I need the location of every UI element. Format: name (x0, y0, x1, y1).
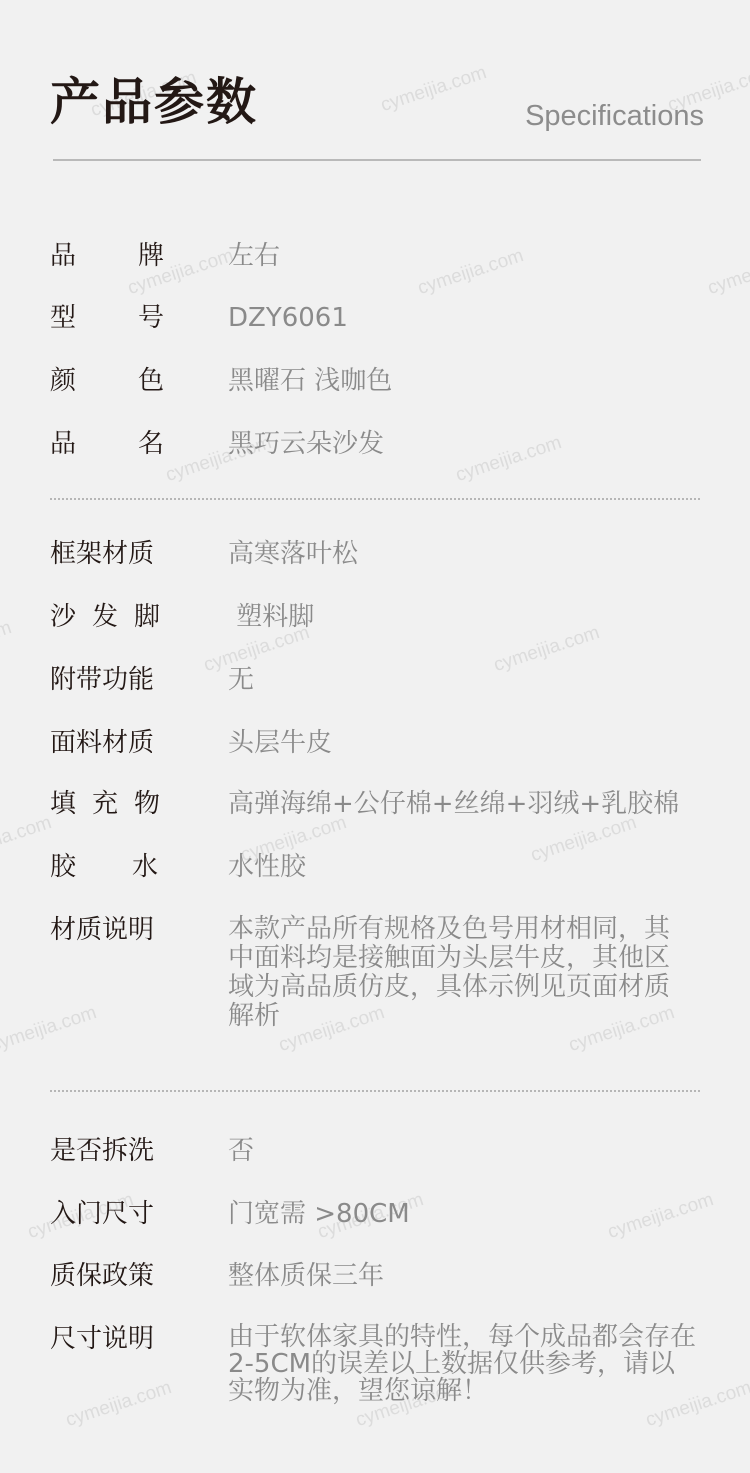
spec-value: 高弹海绵+公仔棉+丝绵+羽绒+乳胶棉 (228, 789, 708, 819)
section-divider (50, 498, 700, 500)
spec-value: 由于软体家具的特性，每个成品都会存在2-5CM的误差以上数据仅供参考，请以实物为… (228, 1324, 698, 1405)
spec-row-model: 型 号 DZY6061 (50, 303, 710, 333)
header-divider (53, 159, 701, 161)
spec-label: 胶 水 (50, 852, 158, 882)
spec-label: 尺寸说明 (50, 1324, 164, 1405)
spec-label: 面料材质 (50, 728, 164, 758)
spec-label: 沙 发 脚 (50, 602, 160, 632)
spec-label: 品 牌 (50, 241, 164, 271)
spec-value: 头层牛皮 (228, 728, 698, 758)
spec-value: 本款产品所有规格及色号用材相同，其中面料均是接触面为头层牛皮，其他区域为高品质仿… (228, 915, 688, 1031)
watermark: cymeijia.com (0, 812, 54, 867)
spec-value: 塑料脚 (228, 602, 698, 632)
spec-row-brand: 品 牌 左右 (50, 241, 710, 271)
spec-row-washable: 是否拆洗 否 (50, 1136, 710, 1166)
page-title: 产品参数 (50, 72, 258, 132)
watermark: cymeijia.com (378, 62, 489, 117)
spec-value: 高寒落叶松 (228, 539, 698, 569)
page-subtitle: Specifications (525, 98, 704, 134)
spec-row-warranty: 质保政策 整体质保三年 (50, 1261, 710, 1291)
spec-value: 整体质保三年 (228, 1261, 698, 1291)
spec-row-size-note: 尺寸说明 由于软体家具的特性，每个成品都会存在2-5CM的误差以上数据仅供参考，… (50, 1324, 710, 1405)
spec-label: 质保政策 (50, 1261, 164, 1291)
watermark: cymeijia.com (705, 245, 750, 300)
spec-value: 左右 (228, 241, 698, 271)
spec-label: 型 号 (50, 303, 164, 333)
spec-value: 黑曜石 浅咖色 (228, 366, 698, 396)
spec-value: 黑巧云朵沙发 (228, 429, 698, 459)
spec-label: 填 充 物 (50, 789, 160, 819)
spec-value: 水性胶 (228, 852, 698, 882)
watermark: cymeijia.com (0, 617, 14, 672)
spec-label: 材质说明 (50, 915, 164, 1031)
spec-row-extra-function: 附带功能 无 (50, 665, 710, 695)
spec-row-color: 颜 色 黑曜石 浅咖色 (50, 366, 710, 396)
spec-label: 颜 色 (50, 366, 164, 396)
spec-row-glue: 胶 水 水性胶 (50, 852, 710, 882)
spec-row-product-name: 品 名 黑巧云朵沙发 (50, 429, 710, 459)
spec-value: 门宽需 >80CM (228, 1199, 698, 1229)
spec-value: 否 (228, 1136, 698, 1166)
spec-row-material-note: 材质说明 本款产品所有规格及色号用材相同，其中面料均是接触面为头层牛皮，其他区域… (50, 915, 710, 1031)
spec-row-frame-material: 框架材质 高寒落叶松 (50, 539, 710, 569)
spec-value: 无 (228, 665, 698, 695)
spec-row-fabric: 面料材质 头层牛皮 (50, 728, 710, 758)
spec-row-filling: 填 充 物 高弹海绵+公仔棉+丝绵+羽绒+乳胶棉 (50, 789, 710, 819)
section-divider (50, 1090, 700, 1092)
spec-value: DZY6061 (228, 303, 698, 333)
spec-label: 框架材质 (50, 539, 164, 569)
spec-label: 品 名 (50, 429, 164, 459)
spec-label: 附带功能 (50, 665, 164, 695)
spec-row-door-size: 入门尺寸 门宽需 >80CM (50, 1199, 710, 1229)
spec-label: 入门尺寸 (50, 1199, 164, 1229)
spec-label: 是否拆洗 (50, 1136, 164, 1166)
spec-row-sofa-legs: 沙 发 脚 塑料脚 (50, 602, 710, 632)
